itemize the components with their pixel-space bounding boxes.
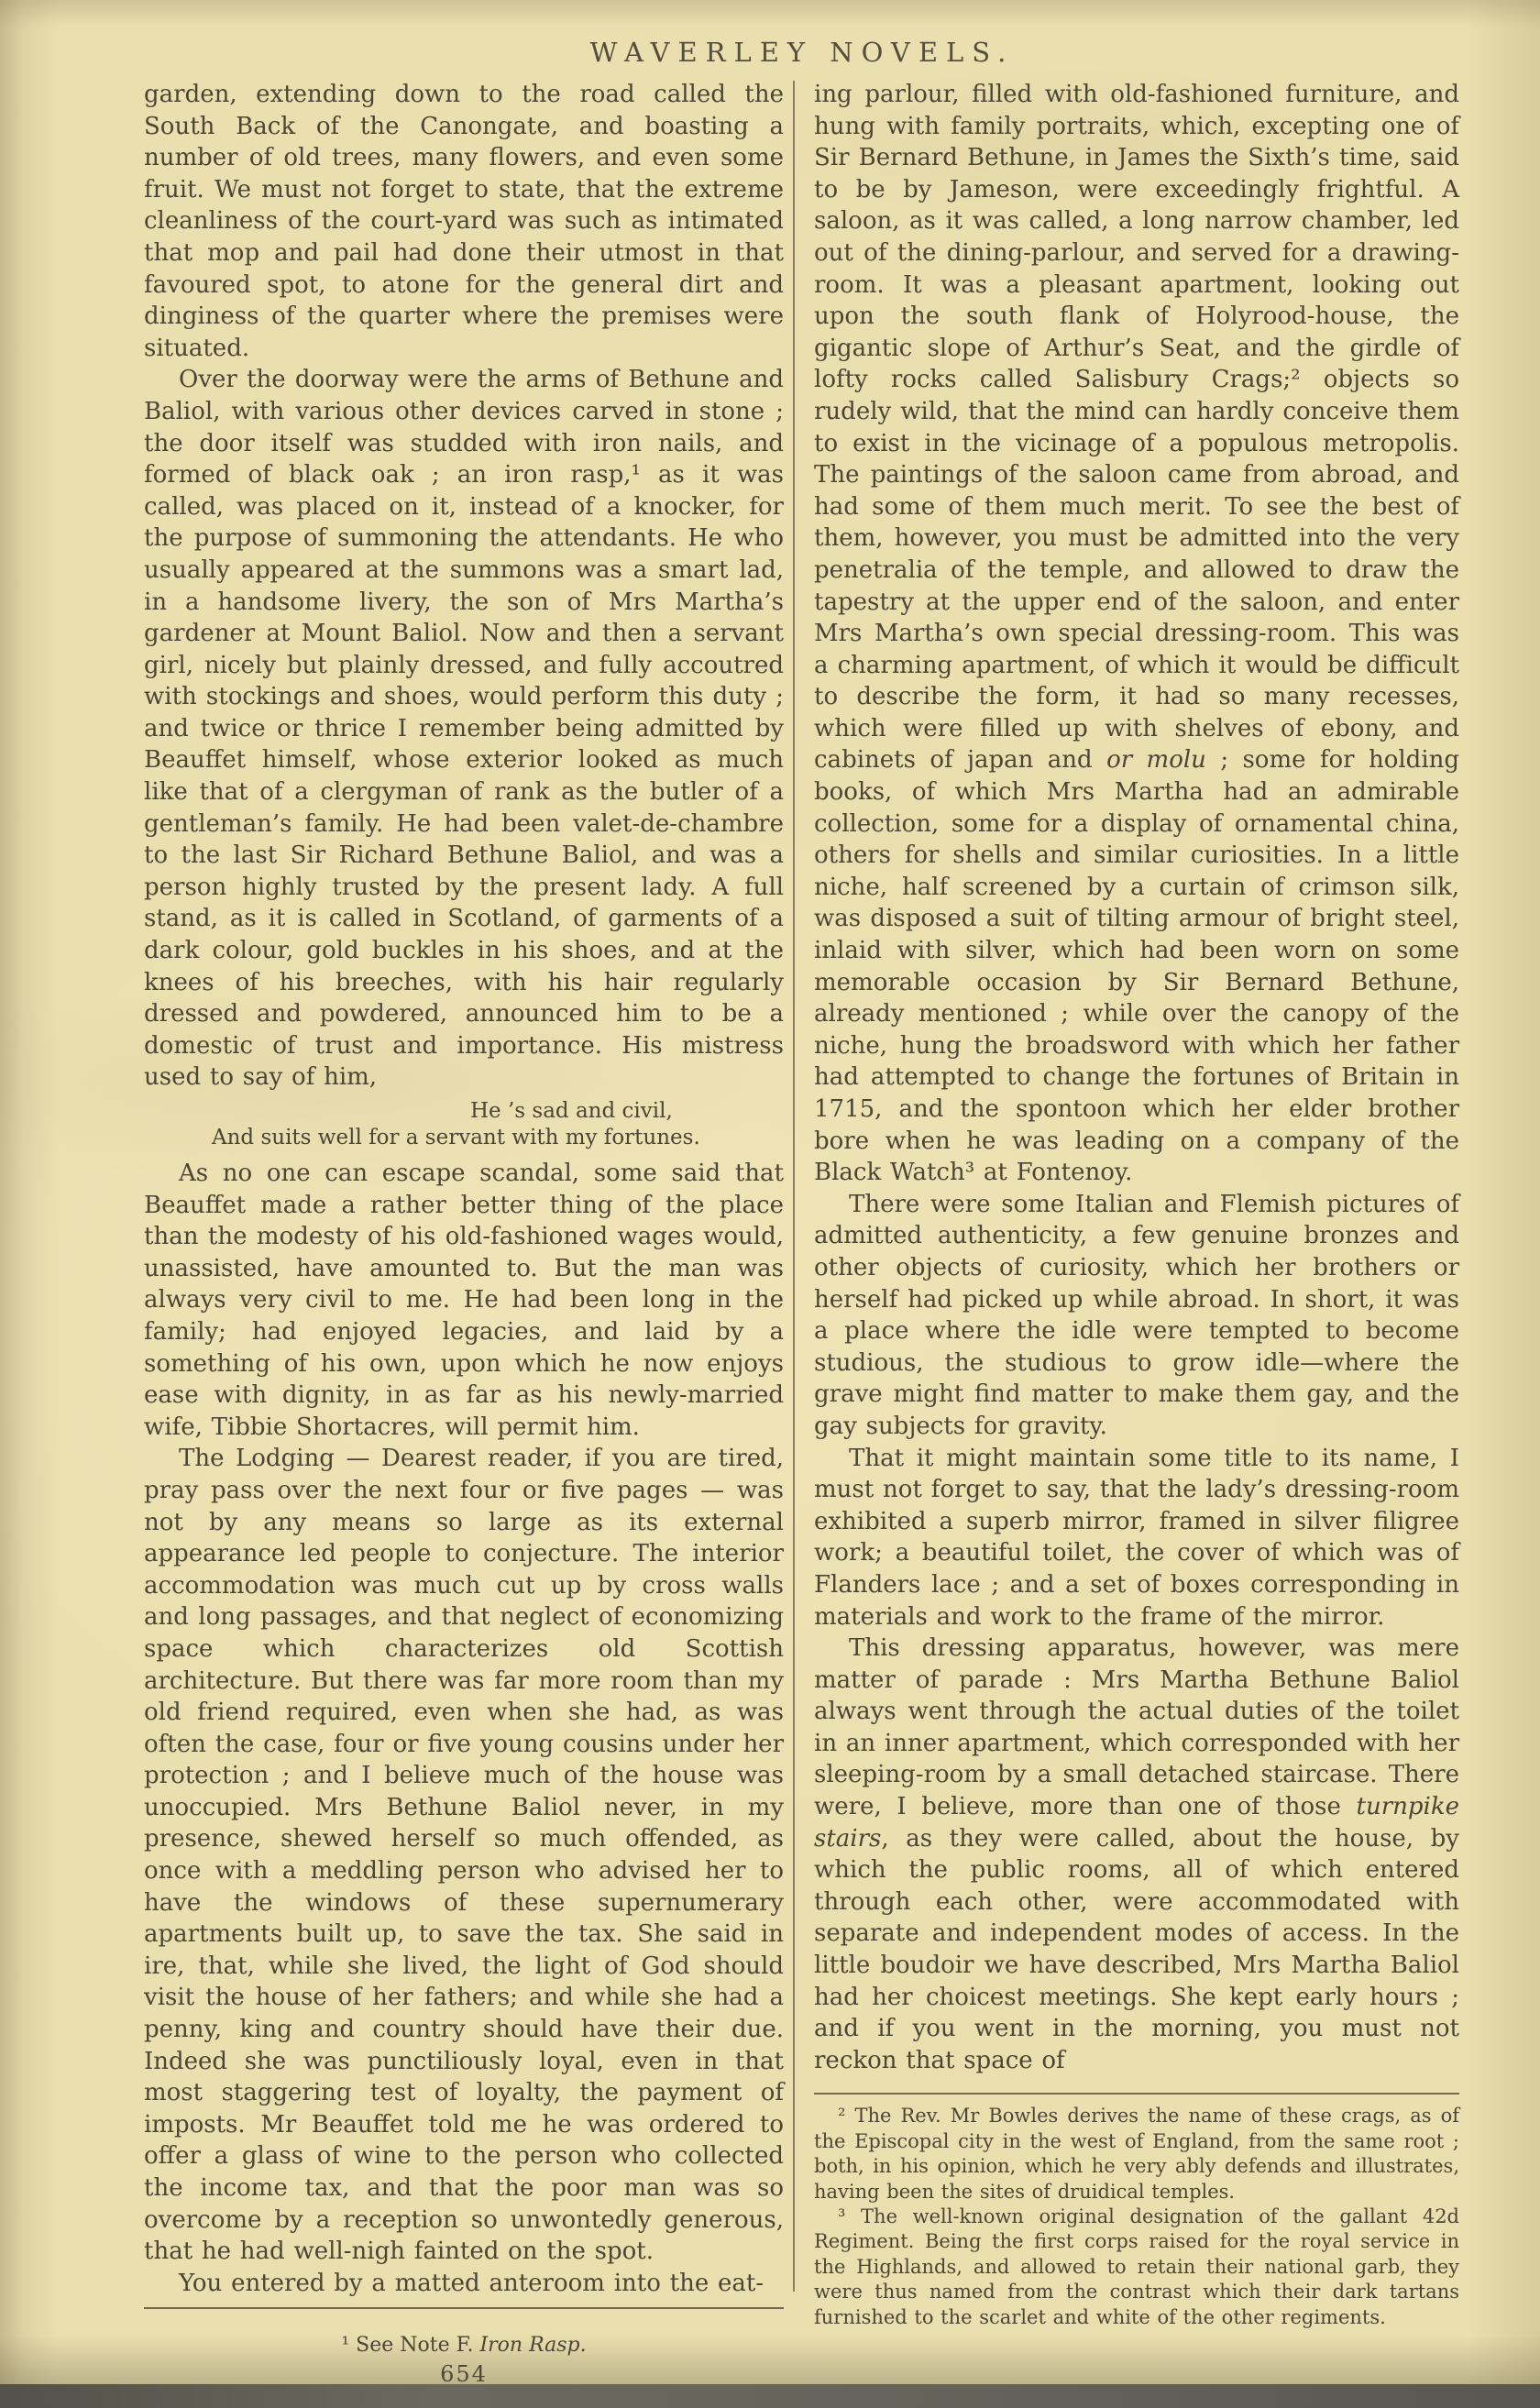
paragraph: As no one can escape scandal, some said … <box>144 1158 784 1443</box>
verse-line: He ’s sad and civil, <box>470 1098 784 1125</box>
footnote-rule <box>144 2307 784 2309</box>
column-divider <box>793 81 795 2292</box>
paragraph: garden, extending down to the road calle… <box>144 79 784 364</box>
paragraph: This dressing apparatus, however, was me… <box>814 1633 1459 2076</box>
paragraph: That it might maintain some title to its… <box>814 1443 1459 1633</box>
verse-quote: He ’s sad and civil, And suits well for … <box>144 1098 784 1151</box>
paragraph: You entered by a matted anteroom into th… <box>144 2268 784 2300</box>
right-column: ing parlour, filled with old-fashioned f… <box>814 79 1459 2330</box>
paragraph: ² The Rev. Mr Bowles derives the name of… <box>814 2104 1459 2205</box>
paragraph: Over the doorway were the arms of Bethun… <box>144 364 784 1094</box>
left-closing-paragraphs: As no one can escape scandal, some said … <box>144 1158 784 2299</box>
left-opening-paragraphs: garden, extending down to the road calle… <box>144 79 784 1094</box>
book-page: WAVERLEY NOVELS. garden, extending down … <box>0 0 1540 2408</box>
scan-bottom-edge <box>0 2384 1540 2408</box>
paragraph: ³ The well-known original designation of… <box>814 2205 1459 2330</box>
right-paragraphs: ing parlour, filled with old-fashioned f… <box>814 79 1459 2076</box>
left-column: garden, extending down to the road calle… <box>144 79 784 2387</box>
page-bottom-shadow <box>0 2335 1540 2386</box>
right-footnotes: ² The Rev. Mr Bowles derives the name of… <box>814 2104 1459 2330</box>
paragraph: ing parlour, filled with old-fashioned f… <box>814 79 1459 1189</box>
footnote-rule <box>814 2093 1459 2095</box>
paragraph: There were some Italian and Flemish pict… <box>814 1189 1459 1443</box>
verse-line: And suits well for a servant with my for… <box>212 1125 784 1151</box>
paragraph: The Lodging — Dearest reader, if you are… <box>144 1443 784 2267</box>
running-header: WAVERLEY NOVELS. <box>144 37 1460 68</box>
